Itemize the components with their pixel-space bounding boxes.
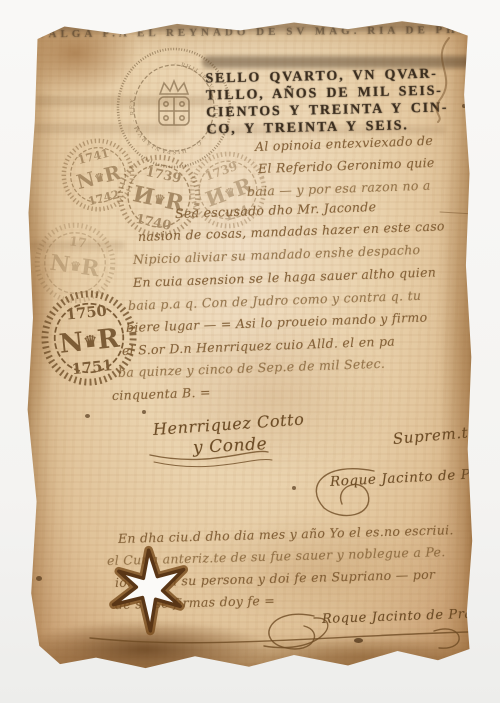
stamp-letter: N bbox=[48, 250, 71, 279]
manuscript-line: de su se firmas doy fe = bbox=[115, 593, 275, 612]
ink-speck bbox=[85, 414, 90, 418]
ink-speck bbox=[292, 486, 296, 490]
manuscript-line: baia p.a q. Con de Judro como y contra q… bbox=[128, 288, 422, 313]
signature-bottom: Roque Jacinto de Prado bbox=[322, 606, 491, 627]
signature-right-small: Suprem.te bbox=[392, 423, 478, 448]
revalidation-overprint: VALGA P.A EL REYNADO DE SV MAG. RIA DE P… bbox=[38, 24, 488, 41]
stamp-year-top: 17 bbox=[68, 233, 87, 250]
sello-quarto-text: SELLO QVARTO, VN QVAR- TILLO, AÑOS DE MI… bbox=[205, 65, 449, 138]
manuscript-line: baia — y por esa razon no a bbox=[247, 178, 431, 199]
document-photo: VALGA P.A EL REYNADO DE SV MAG. RIA DE P… bbox=[0, 0, 500, 703]
crown-and-shield-icon bbox=[159, 81, 189, 125]
burn-bottom-left bbox=[20, 620, 270, 678]
svg-text:N♛R: N♛R bbox=[48, 250, 101, 283]
manuscript-line: ioni — en su persona y doi fe en Suprian… bbox=[115, 567, 436, 590]
ink-speck bbox=[462, 104, 466, 108]
manuscript-line: ba quinze y cinco de Sep.e de mil Setec. bbox=[118, 356, 386, 380]
signature-right: Roque Jacinto de Prado bbox=[330, 465, 500, 490]
manuscript-line: Nipicio aliviar su mandado enshe despach… bbox=[133, 242, 421, 267]
manuscript-line: el Cur.a anteriz.te de su fue sauer y no… bbox=[107, 544, 446, 568]
manuscript-line: el S.or D.n Henrriquez cuio Alld. el en … bbox=[122, 333, 396, 358]
manuscript-line: biere lugar — = Asi lo proueio mando y f… bbox=[126, 309, 428, 335]
ink-speck bbox=[354, 638, 363, 643]
manuscript-line: En cuia asension se le haga sauer altho … bbox=[133, 264, 437, 290]
stamp-letter: R bbox=[96, 323, 122, 356]
signature-left: Henrriquez Cotto bbox=[152, 409, 305, 439]
burn-bottom-right bbox=[244, 636, 484, 676]
signature-left-second: y Conde bbox=[192, 434, 267, 458]
manuscript-line: En dha ciu.d dho dia mes y año Yo el es.… bbox=[118, 522, 454, 546]
stamp-letter: N bbox=[58, 326, 85, 359]
stamp-letter: R bbox=[79, 254, 101, 282]
stamp-year-top: 1750 bbox=[65, 302, 107, 323]
svg-text:N♛R: N♛R bbox=[58, 323, 122, 360]
ink-speck bbox=[36, 576, 42, 581]
manuscript-paper: VALGA P.A EL REYNADO DE SV MAG. RIA DE P… bbox=[24, 16, 474, 672]
ink-speck bbox=[142, 410, 146, 414]
manuscript-line: cinquenta B. = bbox=[112, 385, 211, 403]
stamp-letter: N bbox=[74, 166, 97, 194]
manuscript-line: El Referido Geronimo quie bbox=[258, 155, 435, 176]
stamp-year-bottom: 1751 bbox=[71, 357, 113, 378]
